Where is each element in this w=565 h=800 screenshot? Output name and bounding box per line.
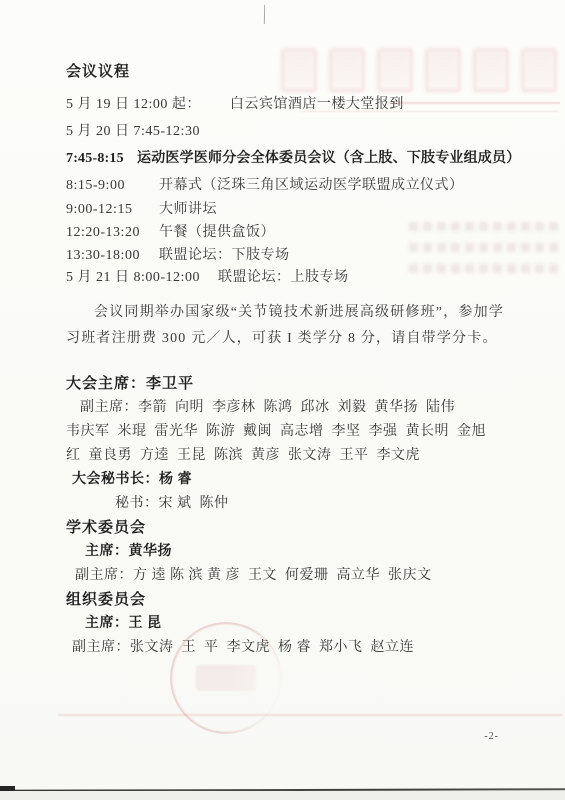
secretaries-line: 秘书：宋 斌 陈仲: [66, 492, 551, 516]
agenda-activity: 联盟论坛：上肢专场: [218, 268, 349, 287]
agenda-activity: 运动医学医师分会全体委员会议（含上肢、下肢专业组成员）: [137, 149, 520, 168]
red-seal-stamp: [170, 622, 282, 734]
agenda-row: 7:45-8:15 运动医学医师分会全体委员会议（含上肢、下肢专业组成员）: [66, 149, 551, 168]
agenda-row: 13:30-18:00 联盟论坛：下肢专场: [66, 246, 551, 265]
notice-line: 会议同期举办国家级“关节镜技术新进展高级研修班”，参加学: [66, 300, 531, 326]
agenda-time: 12:20-13:20: [66, 223, 159, 242]
general-chair-line: 大会主席：李卫平: [66, 372, 551, 396]
agenda-activity: 大师讲坛: [159, 200, 217, 219]
committee-section: 大会主席：李卫平 副主席：李箭 向明 李彦林 陈鸿 邱冰 刘毅 黄华扬 陆伟 韦…: [66, 372, 551, 660]
agenda-row: 5 月 19 日 12:00 起： 白云宾馆酒店一楼大堂报到: [66, 95, 551, 114]
agenda-row: 8:15-9:00 开幕式（泛珠三角区域运动医学联盟成立仪式）: [66, 176, 551, 195]
red-seal-stamp-center: [196, 665, 256, 691]
agenda-row: 9:00-12:15 大师讲坛: [66, 200, 551, 219]
organizing-vice-chairs-line: 副主席：张文涛 王 平 李文虎 杨 睿 郑小飞 赵立连: [66, 636, 551, 660]
agenda-time: 5 月 20 日 7:45-12:30: [66, 122, 200, 141]
academic-committee-heading: 学术委员会: [66, 516, 551, 540]
general-vice-chairs-line: 副主席：李箭 向明 李彦林 陈鸿 邱冰 刘毅 黄华扬 陆伟: [66, 396, 551, 420]
general-vice-chairs-line: 韦庆军 米琨 雷光华 陈游 戴闽 高志增 李坚 李强 黄长明 金旭: [66, 420, 551, 444]
agenda-heading: 会议议程: [66, 60, 551, 81]
agenda-section: 会议议程 5 月 19 日 12:00 起： 白云宾馆酒店一楼大堂报到 5 月 …: [66, 60, 551, 295]
agenda-row: 12:20-13:20 午餐（提供盒饭）: [66, 223, 551, 242]
academic-vice-chairs-line: 副主席：方 逵 陈 滨 黄 彦 王文 何爱珊 高立华 张庆文: [66, 564, 551, 588]
general-vice-chairs-line: 红 童良勇 方逵 王昆 陈滨 黄彦 张文涛 王平 李文虎: [66, 444, 551, 468]
agenda-time: 13:30-18:00: [66, 246, 159, 265]
agenda-activity: 联盟论坛：下肢专场: [159, 246, 290, 265]
scanned-document-page: 会议议程 5 月 19 日 12:00 起： 白云宾馆酒店一楼大堂报到 5 月 …: [0, 0, 565, 800]
organizing-committee-heading: 组织委员会: [66, 588, 551, 612]
notice-line: 习班者注册费 300 元／人，可获 I 类学分 8 分，请自带学分卡。: [66, 326, 531, 352]
agenda-time: 5 月 21 日 8:00-12:00: [66, 268, 200, 287]
agenda-time: 5 月 19 日 12:00 起：: [66, 95, 201, 114]
page-number: -2-: [484, 731, 499, 742]
secretary-general-line: 大会秘书长：杨 睿: [66, 468, 551, 492]
agenda-time: 7:45-8:15: [66, 149, 137, 168]
agenda-row: 5 月 21 日 8:00-12:00 联盟论坛：上肢专场: [66, 268, 551, 287]
agenda-time: 8:15-9:00: [66, 176, 159, 195]
organizing-chair-line: 主席：王 昆: [66, 612, 551, 636]
agenda-row: 5 月 20 日 7:45-12:30: [66, 122, 551, 141]
agenda-activity: 午餐（提供盒饭）: [159, 223, 275, 242]
scan-mark: [264, 5, 265, 24]
bleed-through-line: [58, 714, 563, 716]
agenda-activity: 开幕式（泛珠三角区域运动医学联盟成立仪式）: [159, 176, 464, 195]
scanner-background: [0, 791, 565, 800]
agenda-activity: 白云宾馆酒店一楼大堂报到: [230, 95, 404, 114]
workshop-notice-paragraph: 会议同期举办国家级“关节镜技术新进展高级研修班”，参加学 习班者注册费 300 …: [66, 300, 531, 352]
academic-chair-line: 主席：黄华扬: [66, 540, 551, 564]
agenda-time: 9:00-12:15: [66, 200, 159, 219]
